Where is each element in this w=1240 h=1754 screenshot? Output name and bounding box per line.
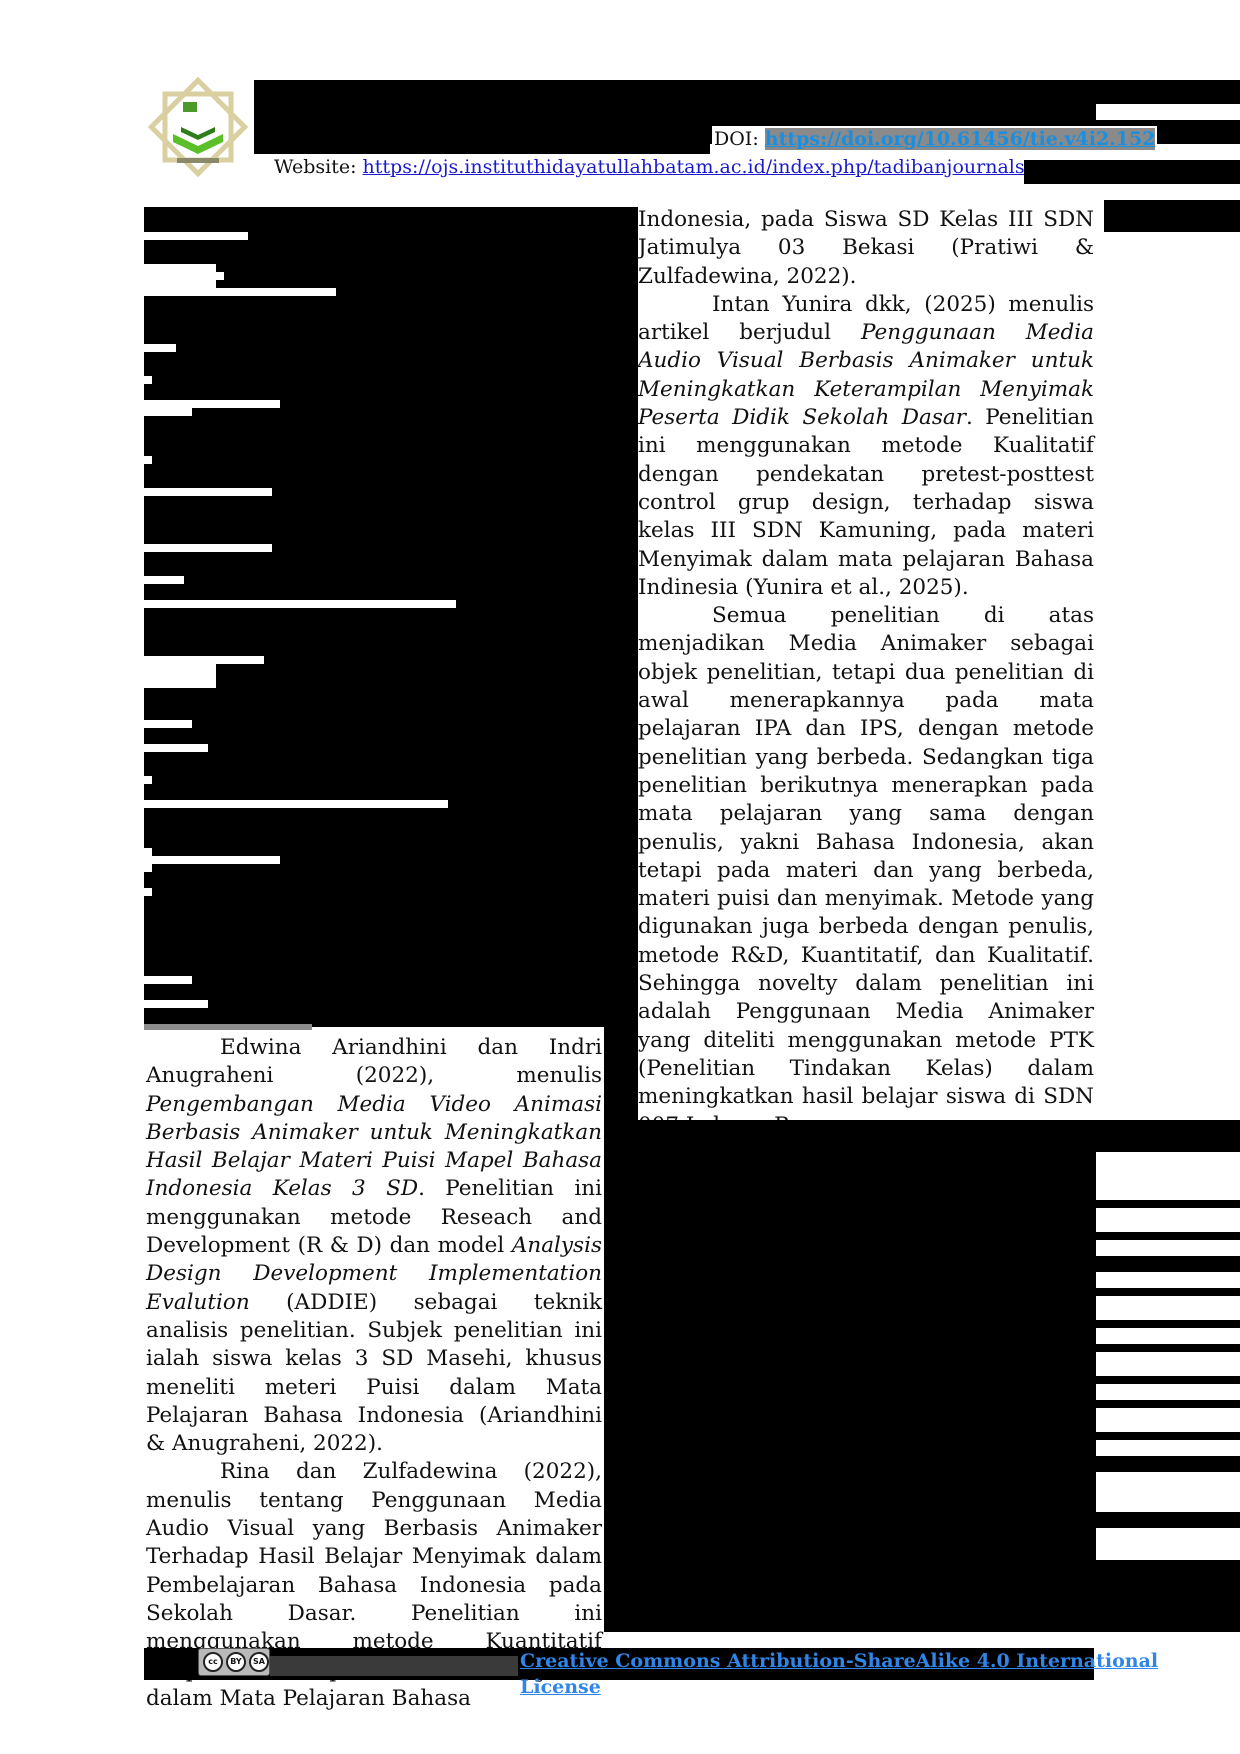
redaction-gap	[144, 264, 216, 272]
redaction-gap	[144, 232, 248, 240]
website-line: Website: https://ojs.instituthidayatulla…	[270, 154, 1029, 180]
redaction-gap	[144, 744, 208, 752]
redaction-gap	[144, 544, 272, 552]
redaction-gap	[144, 272, 224, 280]
left-column: Edwina Ariandhini dan Indri Anugraheni (…	[146, 1034, 602, 1713]
redaction-gap	[144, 776, 152, 784]
creative-commons-by-sa-icon[interactable]: cc BY SA	[198, 1648, 270, 1676]
redaction-gap	[1096, 1208, 1240, 1232]
redaction-block	[144, 207, 624, 1027]
redaction-gap	[144, 800, 448, 808]
license-link[interactable]: Creative Commons Attribution-ShareAlike …	[520, 1650, 1158, 1698]
redaction-gap	[1096, 1352, 1240, 1376]
redaction-gap	[1096, 1528, 1240, 1560]
institution-logo-icon	[143, 72, 253, 182]
redaction-gap	[144, 488, 272, 496]
redaction-gap	[144, 888, 152, 896]
redaction-gap	[1096, 1408, 1240, 1432]
redaction-gap	[144, 408, 192, 416]
redaction-block	[624, 207, 638, 1027]
paragraph-novelty: Semua penelitian di atas menjadikan Medi…	[638, 602, 1094, 1140]
doi-label: DOI:	[714, 128, 759, 150]
redaction-gap	[144, 720, 192, 728]
paragraph-continuation: Indonesia, pada Siswa SD Kelas III SDN J…	[638, 206, 1094, 291]
redaction-gap	[144, 576, 184, 584]
redaction-residue	[144, 1024, 312, 1030]
redaction-gap	[144, 1000, 208, 1008]
paragraph-ariandhini: Edwina Ariandhini dan Indri Anugraheni (…	[146, 1034, 602, 1458]
redaction-gap	[144, 656, 264, 664]
website-label: Website:	[274, 156, 357, 178]
redaction-block	[1104, 200, 1240, 232]
paragraph-yunira: Intan Yunira dkk, (2025) menulis artikel…	[638, 291, 1094, 602]
redaction-gap	[1096, 1272, 1240, 1288]
cc-icon: cc	[203, 1652, 223, 1672]
website-link[interactable]: https://ojs.instituthidayatullahbatam.ac…	[363, 156, 1025, 178]
redaction-gap	[144, 344, 176, 352]
by-icon: BY	[226, 1652, 246, 1672]
redaction-gap	[1096, 1152, 1240, 1200]
redaction-block	[254, 144, 710, 154]
doi-link[interactable]: https://doi.org/10.61456/tie.v4i2.152	[765, 128, 1156, 150]
redaction-gap	[1096, 1384, 1240, 1400]
redaction-gap	[144, 456, 152, 464]
redaction-gap	[1096, 1328, 1240, 1344]
redaction-gap	[1096, 1472, 1240, 1512]
redaction-gap	[1096, 1296, 1240, 1320]
doi-line: DOI: https://doi.org/10.61456/tie.v4i2.1…	[712, 126, 1157, 152]
redaction-gap	[144, 864, 152, 872]
redaction-gap	[144, 664, 216, 688]
redaction-gap	[1096, 104, 1240, 120]
redaction-gap	[144, 856, 280, 864]
redaction-gap	[144, 376, 152, 384]
redaction-gap	[144, 976, 192, 984]
redaction-gap	[1096, 1240, 1240, 1256]
sa-icon: SA	[249, 1652, 269, 1672]
redaction-block	[1024, 160, 1240, 184]
redaction-gap	[144, 600, 456, 608]
license-line: Creative Commons Attribution-ShareAlike …	[520, 1648, 1240, 1700]
footer-redacted-text	[270, 1656, 518, 1676]
redaction-block	[604, 1027, 638, 1120]
redaction-gap	[1096, 1440, 1240, 1456]
redaction-gap	[144, 288, 336, 296]
redaction-gap	[144, 848, 152, 856]
redaction-gap	[144, 280, 216, 288]
right-column: Indonesia, pada Siswa SD Kelas III SDN J…	[638, 206, 1094, 1194]
redaction-gap	[144, 400, 280, 408]
